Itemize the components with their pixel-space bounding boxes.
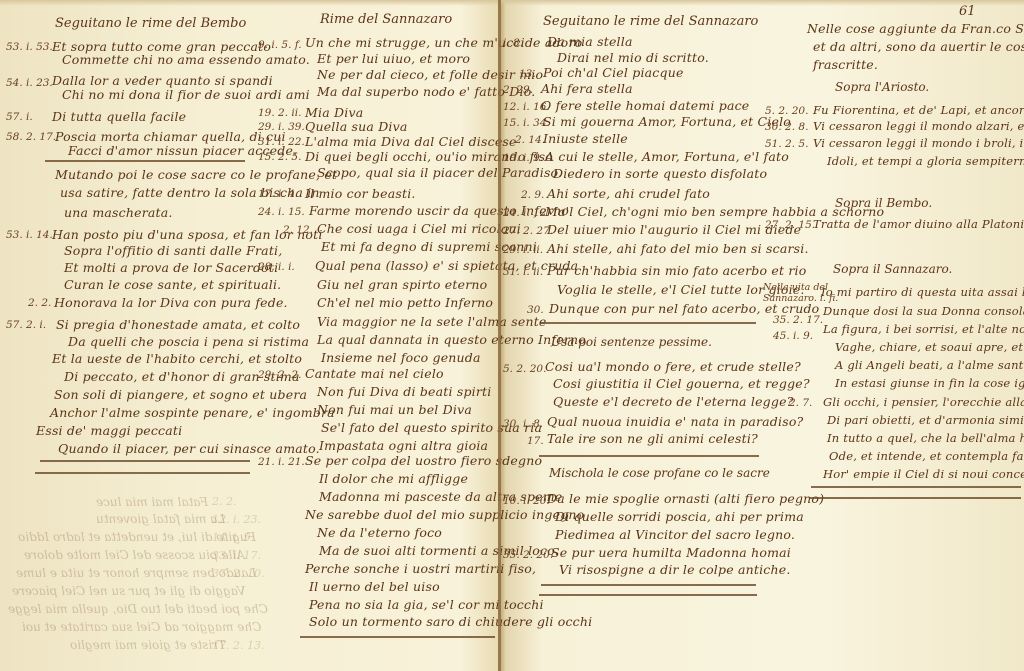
entry-ref: 15. 2. 5. [258, 150, 301, 164]
entry-ref: 35. 2. 20. [503, 548, 553, 562]
section-title: Seguitano le rime del Bembo [55, 16, 246, 31]
section-note: Mutando poi le cose sacre co le profane,… [55, 168, 337, 182]
verse-line: Da le mie spoglie ornasti (alti fiero pe… [547, 492, 824, 506]
verse-line: Dalla lor a veder quanto si spandi [52, 74, 273, 88]
entry-ref: 24. i. 12. [503, 206, 550, 220]
section-title: Mischola le cose profane co le sacre [549, 466, 770, 480]
verse-line: In estasi giunse in fin la cose ignote. [835, 376, 1024, 390]
section-title: Usa poi sentenze pessime. [551, 335, 712, 349]
entry-ref: 35. 2. 17. [773, 313, 823, 327]
verse-line: Et la ueste de l'habito cerchi, et stolt… [52, 352, 302, 366]
entry-ref: 2. 14. [515, 133, 545, 147]
verse-line: Di pari obietti, et d'armonia simile [827, 413, 1024, 427]
divider-rule [45, 160, 245, 162]
section-note: una mascherata. [64, 206, 173, 220]
verse-line: Ne da l'eterno foco [317, 526, 442, 540]
entry-ref: 2. 2. [28, 296, 51, 310]
verse-line: Si pregia d'honestade amata, et colto [56, 318, 300, 332]
verse-line: Sopra l'offitio di santi dalle Frati, [64, 244, 282, 258]
verse-line: A cui le stelle, Amor, Fortuna, e'l fato [545, 150, 789, 164]
entry-ref: 19. 2. ii. [258, 106, 301, 120]
entry-ref: 57. i. [6, 110, 33, 124]
verse-line: Cantate mai nel cielo [305, 367, 444, 381]
verse-line: Che cosi uaga i Ciel mi ricolaui [317, 222, 521, 236]
verse-line: Ahi sorte, ahi crudel fato [547, 187, 710, 201]
entry-ref: 30. [527, 303, 544, 317]
entry-ref: 51. 2. 5. [765, 137, 808, 151]
divider-rule [811, 486, 1021, 488]
verse-line: Da quelli che poscia i pena si ristima [68, 335, 309, 349]
verse-line: Il mio cor beasti. [305, 187, 416, 201]
verse-line: Da mia stella [547, 35, 633, 49]
verse-line: Non fui Diva di beati spirti [317, 385, 491, 399]
verse-line: Diedero in sorte questo disfolato [553, 167, 767, 181]
folio-number: 61 [959, 4, 976, 19]
verse-line: Ahi stelle, ahi fato del mio ben si scar… [547, 242, 809, 256]
verse-line: Quando il piacer, per cui sinasce amato. [58, 442, 320, 456]
entry-ref: 21. i. 21. [258, 455, 305, 469]
verse-line: Iniuste stelle [543, 132, 628, 146]
verse-line: Il dolor che mi affligge [319, 472, 468, 486]
verse-line: In tutto a quel, che la bell'alma humile [827, 431, 1024, 445]
verse-line: Curan le cose sante, et spirituali. [64, 278, 281, 292]
divider-rule [541, 584, 756, 586]
entry-ref: 2. 29. [503, 83, 533, 97]
verse-line: Essi de' maggi peccati [36, 424, 182, 438]
verse-line: La figura, i bei sorrisi, et l'alte note… [823, 322, 1024, 336]
verse-line: Del uiuer mio l'augurio il Ciel mi diede [547, 223, 801, 237]
entry-ref: 58. 2. 17. [6, 130, 56, 144]
entry-ref: 31. i. ii. [503, 265, 543, 279]
verse-line: Dirai nel mio di scritto. [557, 51, 709, 65]
entry-ref: 2. 9. [521, 188, 544, 202]
verse-line: Vi cessaron leggi il mondo alzari, et te… [813, 119, 1024, 133]
bleed-through-ref: 33. i. 17. [212, 549, 261, 562]
entry-ref: 2. 12. [283, 223, 313, 237]
verse-line: Honorava la lor Diva con pura fede. [54, 296, 288, 310]
bleed-through-ref: 37. 2. 10. [212, 567, 264, 580]
section-title: Sopra l'Ariosto. [835, 80, 929, 94]
entry-ref: 57. 2. i. [6, 318, 46, 332]
verse-line: Pur ch'habbia sin mio fato acerbo et rio [547, 264, 806, 278]
entry-ref: 31. i. 22. [258, 135, 305, 149]
entry-ref: 17. i. 4. [258, 187, 298, 201]
bleed-through-text: Fatal mai mia luce [96, 495, 208, 509]
verse-line: Han posto piu d'una sposa, et fan lor no… [52, 228, 323, 242]
entry-ref: 17. [527, 434, 544, 448]
entry-ref: 53. i. 53. [6, 40, 53, 54]
bleed-through-text: Che maggior ad Ciel sua caritate et uoi [22, 620, 261, 634]
intro-line: Nelle cose aggiunte da Fran.co Sansouino… [807, 22, 1024, 36]
divider-rule [300, 636, 495, 638]
verse-line: Poi ch'al Ciel piacque [543, 66, 684, 80]
entry-ref: 5. 2. 20. [503, 362, 546, 376]
verse-line: Piedimea al Vincitor del sacro legno. [555, 528, 795, 542]
divider-rule [539, 455, 759, 457]
divider-rule [35, 472, 250, 474]
verse-line: Si mi gouerna Amor, Fortuna, et Cielo [543, 115, 791, 129]
entry-ref: 27. 2. 15. [765, 218, 815, 232]
entry-ref: 2. 7. [789, 396, 812, 410]
entry-ref: 29. i. ii. [503, 243, 543, 257]
verse-line: Queste e'l decreto de l'eterna legge? [553, 395, 794, 409]
entry-ref: 54. i. 23. [6, 76, 53, 90]
manuscript-spread: Seguitano le rime del Bembo 53. i. 53. E… [0, 0, 1024, 671]
verse-line: Ch'el nel mio petto Inferno [317, 296, 493, 310]
entry-ref: 5. 2. 20. [765, 104, 808, 118]
entry-ref: 45. i. 9. [773, 329, 813, 343]
bleed-through-ref: 2. 2. [212, 495, 237, 508]
entry-ref: 30. i. 8. [503, 417, 543, 431]
verse-line: Di tutta quella facile [52, 110, 186, 124]
verse-line: Et per lui uiuo, et moro [317, 52, 470, 66]
verse-line: Ode, et intende, et contempla fatta Diua… [829, 449, 1024, 463]
section-title: Rime del Sannazaro [320, 12, 452, 27]
verse-line: Commette chi no ama essendo amato. [62, 53, 310, 67]
section-title: Sopra il Sannazaro. [833, 262, 952, 276]
margin-note: Nella uita del [763, 282, 828, 293]
bleed-through-text: Che poi beati del tuo Dio, quella mia le… [8, 602, 268, 616]
bleed-through-ref: 12. i. 23. [212, 513, 261, 526]
entry-ref: 27. 2. 27. [503, 224, 553, 238]
section-title: Seguitano le rime del Sannazaro [543, 14, 758, 29]
intro-line: et da altri, sono da auertir le cose in- [813, 40, 1024, 54]
entry-ref: 53. i. 14. [6, 228, 53, 242]
verse-line: Gli occhi, i pensier, l'orecchie alla no… [823, 395, 1024, 409]
entry-ref: 30. 2. 8. [765, 120, 808, 134]
verse-line: O fere stelle homai datemi pace [541, 99, 749, 113]
divider-rule [809, 497, 1021, 499]
bleed-through-text: Vaggio di gli et pur su nel Ciel piacere [12, 584, 245, 598]
entry-ref: 29. i. 39. [258, 120, 305, 134]
verse-line: Cosi giustitia il Ciel gouerna, et regge… [553, 377, 810, 391]
verse-line: Tale ire son ne gli animi celesti? [547, 432, 758, 446]
verse-line: Dunque dosi la sua Donna consolare. [823, 304, 1024, 318]
verse-line: Vi risospigne a dir le colpe antiche. [559, 563, 791, 577]
intro-line: frascritte. [813, 58, 878, 72]
verse-line: Non fui mai un bel Diva [317, 403, 472, 417]
verse-line: Qual nuoua inuidia e' nata in paradiso? [547, 415, 803, 429]
verse-line: Ahi fera stella [541, 82, 633, 96]
verse-line: Son soli di piangere, et sogno et ubera [54, 388, 307, 402]
verse-line: Quella sua Diva [305, 120, 408, 134]
divider-rule [539, 594, 757, 596]
entry-ref: 19. i. 9. [503, 151, 543, 165]
verse-line: Vaghe, chiare, et soaui apre, et dispieg… [835, 340, 1024, 354]
verse-line: Se pur uera humilta Madonna homai [551, 546, 791, 560]
right-page: Seguitano le rime del Sannazaro i. 8. Da… [501, 0, 1024, 671]
verse-line: Io mi partiro di questa uita assai lieto… [821, 285, 1024, 299]
verse-line: Il uerno del bel uiso [309, 580, 440, 594]
verse-line: Cosi ua'l mondo o fere, et crude stelle? [545, 360, 801, 374]
entry-ref: 13. [519, 67, 536, 81]
verse-line: Poscia morta chiamar quella, di cui [55, 130, 286, 144]
entry-ref: 28. i. i. [258, 260, 295, 274]
verse-line: A gli Angeli beati, a l'alme sante [835, 358, 1024, 372]
entry-ref: i. 8. [503, 36, 523, 50]
verse-line: L'alma mia Diva dal Ciel discese [305, 135, 517, 149]
entry-ref: 29. 2. 2. [258, 368, 301, 382]
divider-rule [541, 322, 756, 324]
verse-line: Insieme nel foco genuda [321, 351, 481, 365]
section-title: Sopra il Bembo. [835, 196, 932, 210]
verse-line: Mia Diva [305, 106, 363, 120]
verse-line: Impastata ogni altra gioia [319, 439, 488, 453]
verse-line: Vi cessaron leggi il mondo i broli, i ma… [813, 136, 1024, 150]
verse-line: Et molti a prova de lor Sacerdoti [64, 261, 278, 275]
verse-line: Giu nel gran spirto eterno [317, 278, 487, 292]
verse-line: Di quelle sorridi poscia, ahi per prima [555, 510, 804, 524]
verse-line: Hor' empie il Ciel di si noui concenti. [823, 467, 1024, 481]
divider-rule [40, 460, 250, 462]
verse-line: Tratta de l'amor diuino alla Platonica. [813, 217, 1024, 231]
verse-line: Idoli, et tempi a gloria sempiterna [827, 154, 1024, 168]
bleed-through-ref: 17. 2. 13. [212, 639, 264, 652]
bleed-through-text: Triste et gioie mai meglio [70, 638, 226, 652]
entry-ref: 24. i. 15. [258, 205, 305, 219]
bleed-through-ref: 14. i. 5. [212, 531, 254, 544]
left-page: Seguitano le rime del Bembo 53. i. 53. E… [0, 0, 499, 671]
verse-line: Chi no mi dona il fior de suoi ardi ami [62, 88, 310, 102]
bleed-through-text: La mia fatal gioventu [96, 512, 225, 526]
entry-ref: 9. i. 5. f. [258, 38, 302, 52]
verse-line: Anchor l'alme sospinte penare, e' ingomb… [50, 406, 335, 420]
verse-line: Fu Fiorentina, et de' Lapi, et ancor ued… [813, 103, 1024, 117]
entry-ref: 10. i. 20. [503, 494, 550, 508]
